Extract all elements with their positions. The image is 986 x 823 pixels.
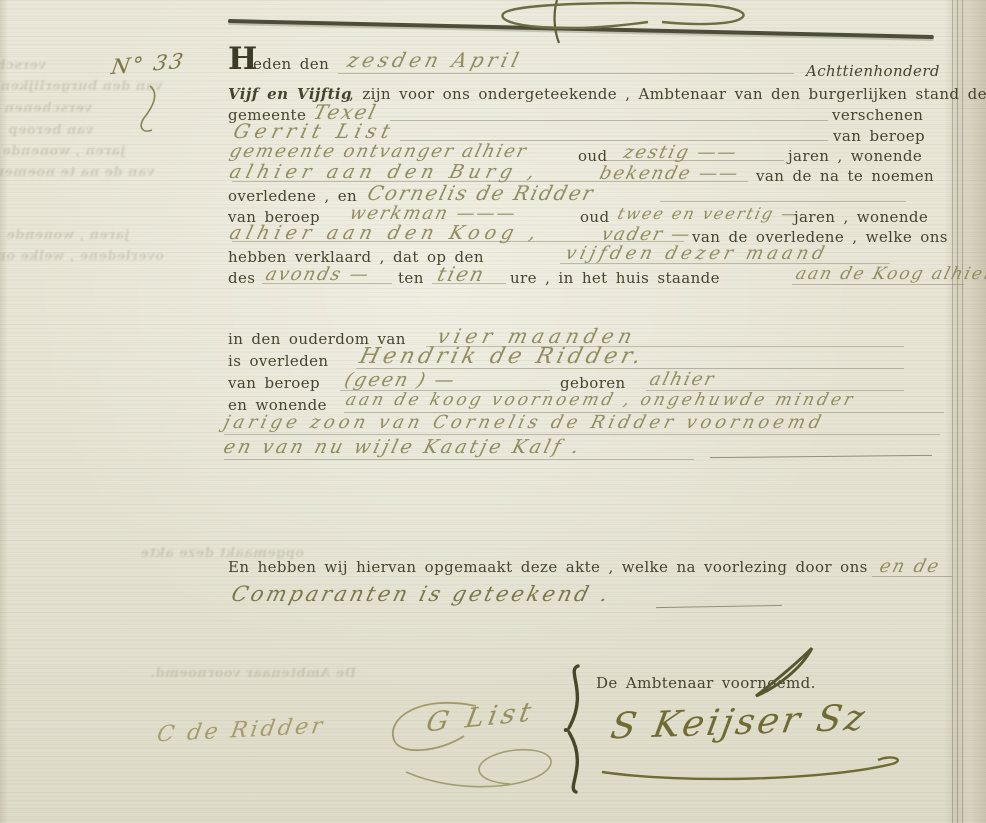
bleedthrough-text: jaren , wonende [5,228,130,243]
hw-declarant1-occupation: gemeente ontvanger alhier [227,141,530,162]
page-left-edge [0,0,8,823]
hw-closing-en-de: en de [877,556,942,577]
printed-ten: ten [398,269,424,287]
hw-death-day: vijfden dezer maand [563,243,830,264]
printed-year-word: Achttienhonderd [806,62,940,80]
hw-deceased-name: Hendrik de Ridder. [357,344,648,369]
printed-jaren-wonende-1: jaren , wonende [788,147,922,165]
page-gutter-edge [944,0,986,823]
hw-time-of-day: avonds — [263,264,372,285]
printed-heden-den: eden den [253,55,329,73]
printed-na-te-noemen: van de na te noemen [756,167,934,185]
printed-van-beroep: van beroep [833,127,925,145]
printed-intro: , zijn voor ons ondergeteekende , Ambten… [349,85,986,103]
hw-date: zesden April [345,48,525,72]
printed-verschenen: verschenen [832,106,923,124]
pen-flourish-label [748,644,828,704]
hw-declarant2-occupation: werkman ——— [347,203,519,224]
signature-official: S Keijser Sz [607,698,870,748]
bleedthrough-text: van de na te noemen [0,165,155,180]
hw-residence-deceased: aan de koog voornoemd , ongehuwde minder [344,390,858,410]
printed-is-overleden: is overleden [228,352,328,370]
signature-witness2-flourish [380,688,580,808]
printed-des: des [228,269,255,287]
hw-parents-line1: jarige zoon van Cornelis de Ridder voorn… [221,412,827,433]
signature-witness1: C de Ridder [155,714,327,748]
printed-jaren-wonende-2: jaren , wonende [794,208,928,226]
gutter-creases [952,0,966,823]
hw-comparanten: Comparanten is geteekend . [229,582,614,606]
bleedthrough-text: jaren , wonende [1,144,126,159]
printed-overledene-en: overledene , en [228,187,357,205]
printed-closing: En hebben wij hiervan opgemaakt deze akt… [228,558,868,576]
bleedthrough-text: overledene , welke ons [0,249,165,264]
hw-house-location: aan de Koog alhier [794,264,986,284]
pen-flourish-margin [132,84,172,140]
signature-official-underline [596,752,916,792]
death-certificate-scan: verschenen van den burgerlijken verschen… [0,0,986,823]
hw-birthplace: alhier [647,369,717,390]
hw-deceased-occupation: (geen ) — [342,369,458,391]
hw-declarant2-name: Cornelis de Ridder [365,181,597,205]
bleedthrough-text: verschenen [3,101,93,116]
printed-ure-huis: ure , in het huis staande [510,269,720,287]
bleedthrough-text: De Ambtenaar voornoemd. [149,666,357,681]
bleedthrough-text: van beroep [7,123,94,138]
hw-parents-line2: en van nu wijle Kaatje Kalf . [221,436,584,458]
hw-declarant2-age: twee en veertig — [616,204,802,223]
hw-declarant1-name: Gerrit List [231,119,398,143]
hw-declarant1-residence: alhier aan den Burg , [227,161,542,183]
printed-van-beroep-3: van beroep [228,374,320,392]
